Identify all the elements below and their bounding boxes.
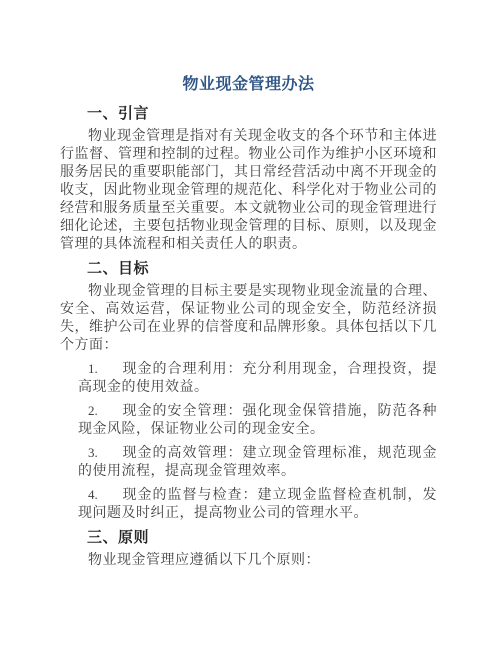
paragraph-goals: 物业现金管理的目标主要是实现物业现金流量的合理、安全、高效运营，保证物业公司的现… <box>60 283 437 355</box>
list-item-1-text: 现金的合理利用：充分利用现金，合理投资，提高现金的使用效益。 <box>78 362 437 395</box>
list-item-1-number: 1. <box>78 360 122 378</box>
document-title: 物业现金管理办法 <box>60 74 437 96</box>
section-heading-introduction: 一、引言 <box>60 104 437 124</box>
list-item-4: 4.现金的监督与检查：建立现金监督检查机制，发现问题及时纠正，提高物业公司的管理… <box>78 486 437 523</box>
section-heading-goals: 二、目标 <box>60 259 437 279</box>
section-heading-principles: 三、原则 <box>60 528 437 548</box>
list-item-1: 1.现金的合理利用：充分利用现金，合理投资，提高现金的使用效益。 <box>78 360 437 397</box>
list-item-4-number: 4. <box>78 486 122 504</box>
list-item-3: 3.现金的高效管理：建立现金管理标准，规范现金的使用流程，提高现金管理效率。 <box>78 444 437 481</box>
list-item-2-number: 2. <box>78 402 122 420</box>
list-item-2: 2.现金的安全管理：强化现金保管措施，防范各种现金风险，保证物业公司的现金安全。 <box>78 402 437 439</box>
list-item-3-text: 现金的高效管理：建立现金管理标准，规范现金的使用流程，提高现金管理效率。 <box>78 446 437 479</box>
document-page: 物业现金管理办法 一、引言 物业现金管理是指对有关现金收支的各个环节和主体进行监… <box>0 0 500 647</box>
paragraph-introduction: 物业现金管理是指对有关现金收支的各个环节和主体进行监督、管理和控制的过程。物业公… <box>60 128 437 254</box>
list-item-4-text: 现金的监督与检查：建立现金监督检查机制，发现问题及时纠正，提高物业公司的管理水平… <box>78 488 437 521</box>
goals-numbered-list: 1.现金的合理利用：充分利用现金，合理投资，提高现金的使用效益。 2.现金的安全… <box>60 360 437 523</box>
list-item-2-text: 现金的安全管理：强化现金保管措施，防范各种现金风险，保证物业公司的现金安全。 <box>78 404 437 437</box>
paragraph-principles: 物业现金管理应遵循以下几个原则： <box>60 552 437 570</box>
list-item-3-number: 3. <box>78 444 122 462</box>
